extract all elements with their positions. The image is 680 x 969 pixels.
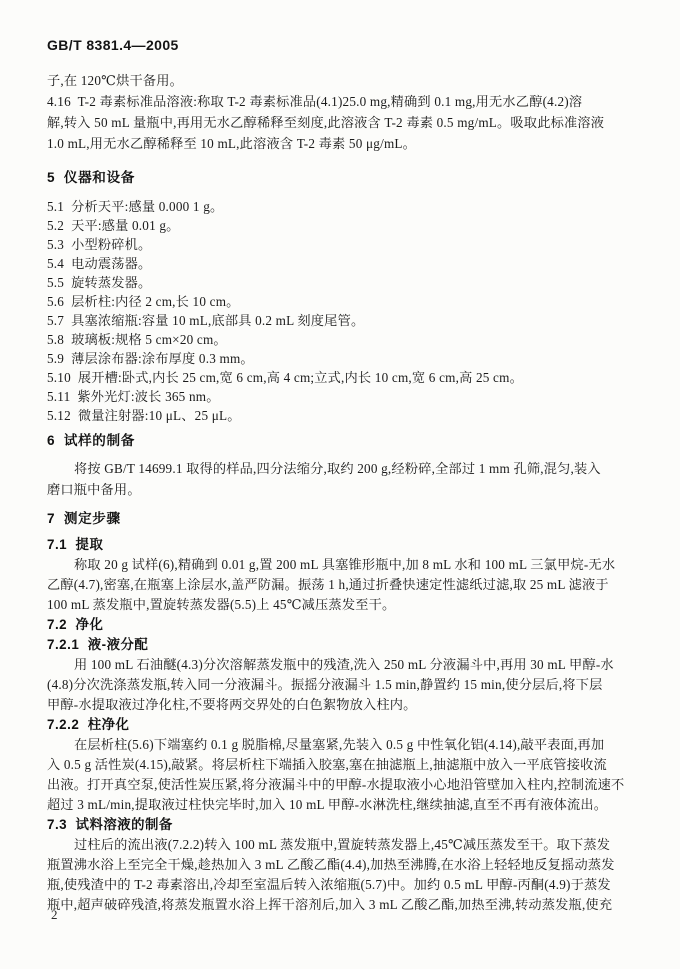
clause-7-3-line: 过柱后的流出液(7.2.2)转入 100 mL 蒸发瓶中,置旋转蒸发器上,45℃… bbox=[47, 835, 637, 855]
clause-4-16: 4.16 T-2 毒素标准品溶液:称取 T-2 毒素标准品(4.1)25.0 m… bbox=[47, 91, 637, 154]
clause-7-2-2-line: 在层析柱(5.6)下端塞约 0.1 g 脱脂棉,尽量塞紧,先装入 0.5 g 中… bbox=[47, 735, 637, 755]
equipment-item-5-3: 5.3 小型粉碎机。 bbox=[47, 235, 637, 254]
clause-7-2-2-line: 入 0.5 g 活性炭(4.15),敲紧。将层析柱下端插入胶塞,塞在抽滤瓶上,抽… bbox=[47, 755, 637, 775]
section-6-line: 磨口瓶中备用。 bbox=[47, 479, 637, 500]
section-6-line: 将按 GB/T 14699.1 取得的样品,四分法缩分,取约 200 g,经粉碎… bbox=[47, 458, 637, 479]
clause-4-16-line: 1.0 mL,用无水乙醇稀释至 10 mL,此溶液含 T-2 毒素 50 μg/… bbox=[47, 133, 637, 154]
clause-7-2-1-line: (4.8)分次洗涤蒸发瓶,转入同一分液漏斗。振摇分液漏斗 1.5 min,静置约… bbox=[47, 675, 637, 695]
equipment-item-5-6: 5.6 层析柱:内径 2 cm,长 10 cm。 bbox=[47, 292, 637, 311]
equipment-list: 5.1 分析天平:感量 0.000 1 g。 5.2 天平:感量 0.01 g。… bbox=[47, 197, 637, 425]
clause-7-1-line: 乙醇(4.7),密塞,在瓶塞上涂层水,盖严防漏。振荡 1 h,通过折叠快速定性滤… bbox=[47, 575, 637, 595]
clause-7-2-1-line: 用 100 mL 石油醚(4.3)分次溶解蒸发瓶中的残渣,洗入 250 mL 分… bbox=[47, 655, 637, 675]
clause-7-3-line: 瓶中,超声破碎残渣,将蒸发瓶置水浴上挥干溶剂后,加入 3 mL 乙酸乙酯,加热至… bbox=[47, 895, 637, 915]
equipment-item-5-4: 5.4 电动震荡器。 bbox=[47, 254, 637, 273]
equipment-item-5-10: 5.10 展开槽:卧式,内长 25 cm,宽 6 cm,高 4 cm;立式,内长… bbox=[47, 368, 637, 387]
clause-7-2-2-heading: 7.2.2 柱净化 bbox=[47, 715, 637, 735]
document-body: 子,在 120℃烘干备用。 4.16 T-2 毒素标准品溶液:称取 T-2 毒素… bbox=[47, 70, 637, 915]
clause-7-3-heading: 7.3 试料溶液的制备 bbox=[47, 815, 637, 835]
section-7-body: 7.1 提取 称取 20 g 试样(6),精确到 0.01 g,置 200 mL… bbox=[47, 535, 637, 915]
equipment-item-5-9: 5.9 薄层涂布器:涂布厚度 0.3 mm。 bbox=[47, 349, 637, 368]
clause-7-2-1-line: 甲醇-水提取液过净化柱,不要将两交界处的白色絮物放入柱内。 bbox=[47, 695, 637, 715]
section-6-paragraph: 将按 GB/T 14699.1 取得的样品,四分法缩分,取约 200 g,经粉碎… bbox=[47, 458, 637, 500]
clause-4-16-line: 4.16 T-2 毒素标准品溶液:称取 T-2 毒素标准品(4.1)25.0 m… bbox=[47, 91, 637, 112]
clause-7-1-heading: 7.1 提取 bbox=[47, 535, 637, 555]
clause-4-16-line: 解,转入 50 mL 量瓶中,再用无水乙醇稀释至刻度,此溶液含 T-2 毒素 0… bbox=[47, 112, 637, 133]
clause-7-1-line: 100 mL 蒸发瓶中,置旋转蒸发器(5.5)上 45℃减压蒸发至干。 bbox=[47, 595, 637, 615]
equipment-item-5-12: 5.12 微量注射器:10 μL、25 μL。 bbox=[47, 406, 637, 425]
clause-7-1-line: 称取 20 g 试样(6),精确到 0.01 g,置 200 mL 具塞锥形瓶中… bbox=[47, 555, 637, 575]
equipment-item-5-11: 5.11 紫外光灯:波长 365 nm。 bbox=[47, 387, 637, 406]
clause-7-3-line: 瓶,使残渣中的 T-2 毒素溶出,冷却至室温后转入浓缩瓶(5.7)中。加约 0.… bbox=[47, 875, 637, 895]
equipment-item-5-7: 5.7 具塞浓缩瓶:容量 10 mL,底部具 0.2 mL 刻度尾管。 bbox=[47, 311, 637, 330]
section-7-heading: 7 测定步骤 bbox=[47, 508, 637, 529]
scanned-standard-page: GB/T 8381.4—2005 子,在 120℃烘干备用。 4.16 T-2 … bbox=[0, 0, 680, 969]
section-6-heading: 6 试样的制备 bbox=[47, 430, 637, 451]
clause-7-3-line: 瓶置沸水浴上至完全干燥,趁热加入 3 mL 乙酸乙酯(4.4),加热至沸腾,在水… bbox=[47, 855, 637, 875]
clause-7-2-2-line: 超过 3 mL/min,提取液过柱快完毕时,加入 10 mL 甲醇-水淋洗柱,继… bbox=[47, 795, 637, 815]
equipment-item-5-2: 5.2 天平:感量 0.01 g。 bbox=[47, 216, 637, 235]
standard-number-header: GB/T 8381.4—2005 bbox=[47, 37, 179, 53]
equipment-item-5-5: 5.5 旋转蒸发器。 bbox=[47, 273, 637, 292]
clause-7-2-1-heading: 7.2.1 液-液分配 bbox=[47, 635, 637, 655]
equipment-item-5-8: 5.8 玻璃板:规格 5 cm×20 cm。 bbox=[47, 330, 637, 349]
equipment-item-5-1: 5.1 分析天平:感量 0.000 1 g。 bbox=[47, 197, 637, 216]
section-5-heading: 5 仪器和设备 bbox=[47, 167, 637, 188]
clause-7-2-heading: 7.2 净化 bbox=[47, 615, 637, 635]
clause-7-2-2-line: 出液。打开真空泵,使活性炭压紧,将分液漏斗中的甲醇-水提取液小心地沿管壁加入柱内… bbox=[47, 775, 637, 795]
continuation-line: 子,在 120℃烘干备用。 bbox=[47, 70, 637, 91]
page-number: 2 bbox=[51, 907, 58, 923]
